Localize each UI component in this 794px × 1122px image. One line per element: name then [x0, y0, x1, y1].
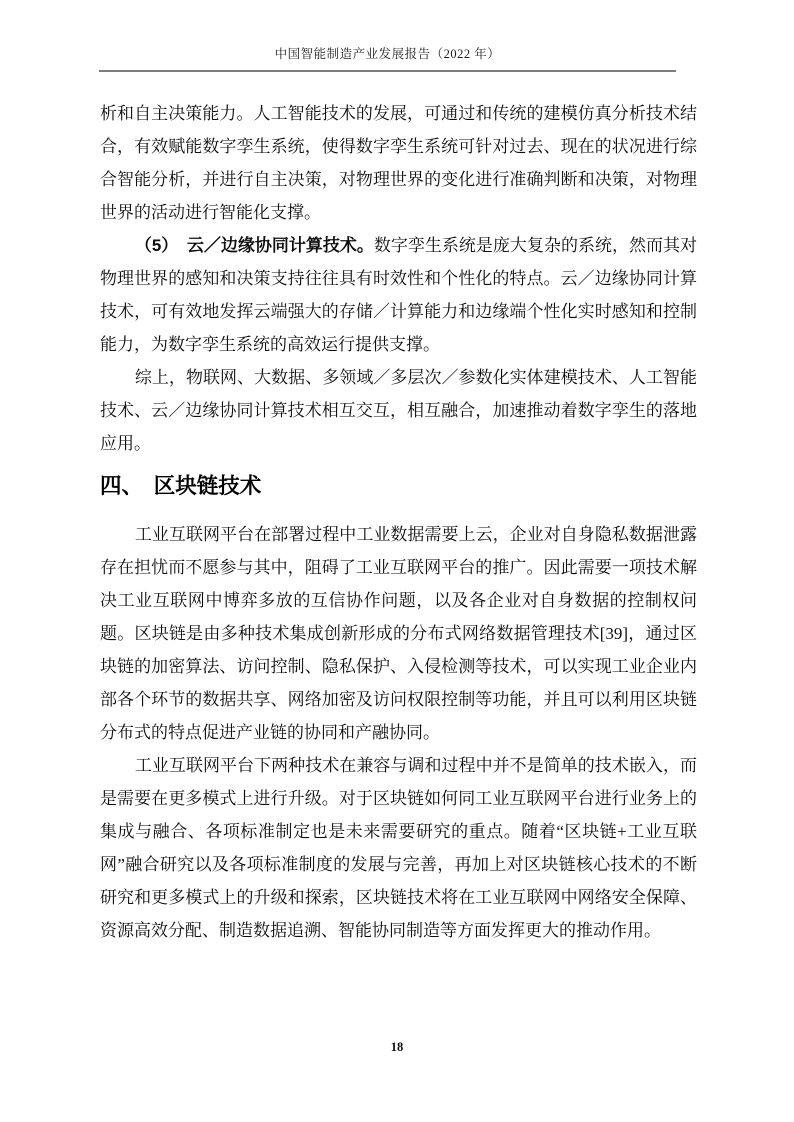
running-header-title: 中国智能制造产业发展报告（2022 年）: [99, 46, 676, 62]
page-body-content: 析和自主决策能力。人工智能技术的发展，可通过和传统的建模仿真分析技术结合，有效赋…: [100, 97, 697, 947]
paragraph-blockchain-intro: 工业互联网平台在部署过程中工业数据需要上云，企业对自身隐私数据泄露存在担忧而不愿…: [100, 518, 697, 749]
page-header: 中国智能制造产业发展报告（2022 年）: [99, 0, 676, 72]
header-divider-rule: [99, 70, 676, 72]
paragraph-cloud-edge-computing: （5） 云／边缘协同计算技术。数字孪生系统是庞大复杂的系统，然而其对物理世界的感…: [100, 229, 697, 361]
paragraph-continuation-ai: 析和自主决策能力。人工智能技术的发展，可通过和传统的建模仿真分析技术结合，有效赋…: [100, 97, 697, 229]
paragraph-summary-digital-twin: 综上，物联网、大数据、多领域／多层次／参数化实体建模技术、人工智能技术、云／边缘…: [100, 361, 697, 460]
paragraph-blockchain-outlook: 工业互联网平台下两种技术在兼容与调和过程中并不是简单的技术嵌入，而是需要在更多模…: [100, 749, 697, 947]
page-number: 18: [391, 1040, 404, 1054]
paragraph-bold-lead: （5） 云／边缘协同计算技术。: [135, 236, 374, 255]
document-page: 中国智能制造产业发展报告（2022 年） 析和自主决策能力。人工智能技术的发展，…: [0, 0, 794, 1122]
page-footer: 18: [0, 1038, 794, 1056]
section-heading-blockchain: 四、 区块链技术: [100, 470, 697, 502]
